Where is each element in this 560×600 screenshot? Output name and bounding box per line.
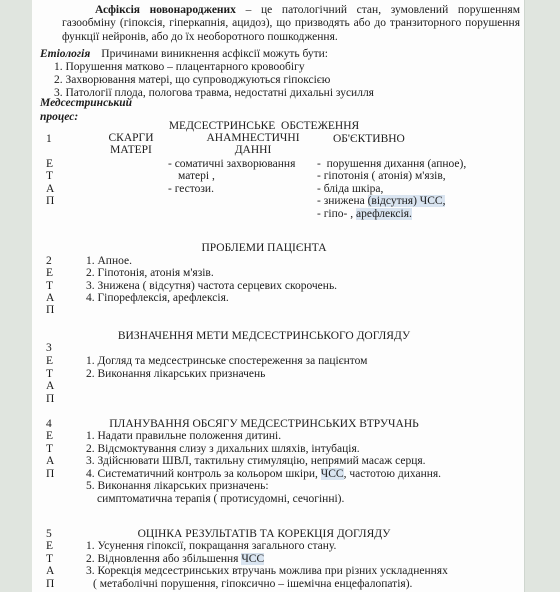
stage-item: 1. Усунення гіпоксії, покращання загальн… <box>86 540 448 553</box>
objective-item: - гіпо- , арефлексія. <box>317 208 466 220</box>
etap-letter: А <box>46 565 54 578</box>
stage1-etap-markers: Е Т А П <box>46 158 54 208</box>
nursing-process-line1: Медсестринський <box>40 96 132 110</box>
etap-letter: П <box>46 393 54 406</box>
areflexia-highlight: арефлексія. <box>356 208 412 220</box>
stage3-number: 3 <box>46 342 54 355</box>
stage2-etap-markers: 2 Е Т А П <box>46 255 54 317</box>
etiology-causes-list: 1. Порушення матково – плацентарного кро… <box>54 61 374 100</box>
stage3-items: 1. Догляд та медсестринське спостереженн… <box>86 355 367 381</box>
anamnestic-item: - гестози. <box>168 183 295 195</box>
stage-item: 3. Корекція медсестринських втручань мож… <box>86 565 448 578</box>
etap-letter: А <box>46 455 54 468</box>
scan-margin-left <box>0 0 32 592</box>
column-header-complaints: СКАРГИ МАТЕРІ <box>97 133 165 156</box>
etap-letter: П <box>46 195 54 207</box>
intro-paragraph: Асфіксія новонароджених – це патологічни… <box>62 4 520 44</box>
objective-item: - бліда шкіра, <box>317 183 466 195</box>
stage4-title: ПЛАНУВАННЯ ОБСЯГУ МЕДСЕСТРИНСЬКИХ ВТРУЧА… <box>40 418 488 430</box>
scan-margin-right <box>524 0 560 592</box>
chss-highlight: ЧСС <box>241 553 264 565</box>
stage-item: 1. Догляд та медсестринське спостереженн… <box>86 355 367 368</box>
objective-item: - гіпотонія ( атонія) м'язів, <box>317 170 466 182</box>
etap-letter: Т <box>46 553 54 566</box>
stage-item: 2. Відсмоктування слизу з дихальних шлях… <box>86 443 441 456</box>
stage-item: 3. Здійснювати ШВЛ, тактильну стимуляцію… <box>86 455 441 468</box>
etiology-text: Причинами виникнення асфіксії можуть бут… <box>101 48 328 60</box>
etiology-line: ЕтіологіяПричинами виникнення асфіксії м… <box>40 48 328 60</box>
etap-letter: П <box>46 578 54 591</box>
stage-item: 4. Систематичний контроль за кольором шк… <box>86 468 441 481</box>
column-header-anamnestic: АНАМНЕСТИЧНІ ДАННІ <box>205 133 301 156</box>
stage-item: 4. Гіпорефлексія, арефлексія. <box>86 292 337 304</box>
etap-letter: Т <box>46 280 54 292</box>
stage-item: 2. Гіпотонія, атонія м'язів. <box>86 267 337 279</box>
stage5-title: ОЦІНКА РЕЗУЛЬТАТІВ ТА КОРЕКЦІЯ ДОГЛЯДУ <box>40 528 488 540</box>
chss-highlight: (відсутня) ЧСС, <box>368 195 446 207</box>
etap-letter: Т <box>46 368 54 381</box>
etap-letter: Т <box>46 170 54 182</box>
stage-item: 5. Виконання лікарських призначень: <box>86 480 441 493</box>
anamnestic-item: матері , <box>168 170 295 182</box>
stage-item: 3. Знижена ( відсутня) частота серцевих … <box>86 280 337 292</box>
anamnestic-items: - соматичні захворювання матері , - гест… <box>168 158 295 195</box>
stage4-etap-markers: Е Т А П <box>46 430 54 480</box>
stage1-title: МЕДСЕСТРИНСЬКЕ ОБСТЕЖЕННЯ <box>40 120 488 132</box>
scanned-document: Асфіксія новонароджених – це патологічни… <box>0 0 560 600</box>
objective-item: - порушення дихання (апное), <box>317 158 466 170</box>
etap-letter: А <box>46 380 54 393</box>
stage-item: 1. Апное. <box>86 255 337 267</box>
etap-letter: Е <box>46 267 54 279</box>
objective-item: - знижена (відсутня) ЧСС, <box>317 195 466 207</box>
cause-item: 2. Захворювання матері, що супроводжують… <box>54 74 374 87</box>
etap-letter: Е <box>46 158 54 170</box>
etap-letter: А <box>46 183 54 195</box>
stage3-etap-markers: 3 Е Т А П <box>46 342 54 406</box>
stage5-etap-markers: Е Т А П <box>46 540 54 591</box>
intro-term: Асфіксія новонароджених <box>95 4 236 16</box>
chss-highlight: ЧСС <box>321 468 344 480</box>
etap-letter: Е <box>46 430 54 443</box>
stage-item: 2. Відновлення або збільшення ЧСС <box>86 553 448 566</box>
objective-items: - порушення дихання (апное), - гіпотонія… <box>317 158 466 220</box>
stage2-title: ПРОБЛЕМИ ПАЦІЄНТА <box>40 242 488 254</box>
column-header-objective: ОБ'ЄКТИВНО <box>333 133 405 145</box>
etap-letter: Т <box>46 443 54 456</box>
stage-item-continuation: симптоматична терапія ( протисудомні, се… <box>86 493 441 506</box>
stage5-items: 1. Усунення гіпоксії, покращання загальн… <box>86 540 448 591</box>
stage-item: 1. Надати правильне положення дитині. <box>86 430 441 443</box>
stage-item: 2. Виконання лікарських призначень <box>86 368 367 381</box>
etap-letter: Е <box>46 540 54 553</box>
stage2-items: 1. Апное. 2. Гіпотонія, атонія м'язів. 3… <box>86 255 337 304</box>
stage3-title: ВИЗНАЧЕННЯ МЕТИ МЕДСЕСТРИНСЬКОГО ДОГЛЯДУ <box>40 330 488 342</box>
etap-letter: Е <box>46 355 54 368</box>
cause-item: 1. Порушення матково – плацентарного кро… <box>54 61 374 74</box>
stage2-number: 2 <box>46 255 54 267</box>
stage1-number: 1 <box>46 133 52 145</box>
etiology-label: Етіологія <box>40 48 90 60</box>
anamnestic-item: - соматичні захворювання <box>168 158 295 170</box>
stage4-items: 1. Надати правильне положення дитині. 2.… <box>86 430 441 505</box>
etap-letter: П <box>46 304 54 316</box>
stage-item-continuation: ( метаболічні порушення, гіпоксично – іш… <box>86 578 448 591</box>
etap-letter: П <box>46 468 54 481</box>
etap-letter: А <box>46 292 54 304</box>
